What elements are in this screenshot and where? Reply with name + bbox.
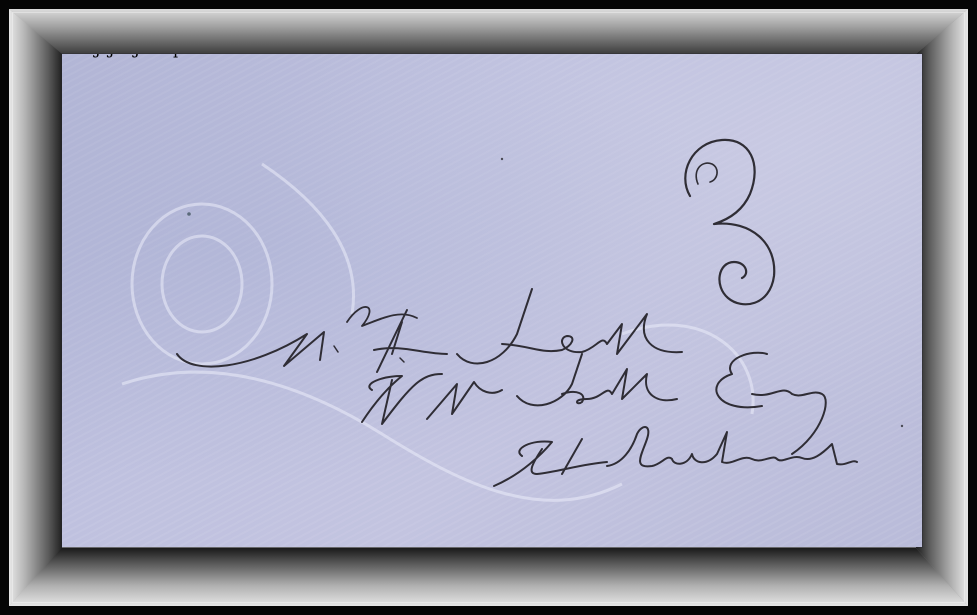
address-line-1: Mr. J. W. Jack <box>62 54 682 372</box>
envelope: 3 Mr. J. W. Jack D. W. Jack Esq <box>62 54 922 547</box>
foxing-spots <box>187 158 903 427</box>
address-line-3-text: St Andrews <box>62 54 156 58</box>
address-line-3: St Andrews <box>62 54 857 486</box>
watermark-swirls <box>122 164 753 500</box>
rate-numeral-3-mark: 3 <box>62 54 774 304</box>
frame-bevel-top <box>9 9 968 54</box>
picture-frame: 3 Mr. J. W. Jack D. W. Jack Esq <box>0 0 977 615</box>
frame-bevel-right <box>916 9 968 606</box>
envelope-markings: 3 Mr. J. W. Jack D. W. Jack Esq <box>62 54 922 547</box>
frame-bevel-left <box>9 9 62 606</box>
frame-bevel-bottom <box>9 548 968 606</box>
address-line-2: D. W. Jack Esq <box>62 54 826 454</box>
